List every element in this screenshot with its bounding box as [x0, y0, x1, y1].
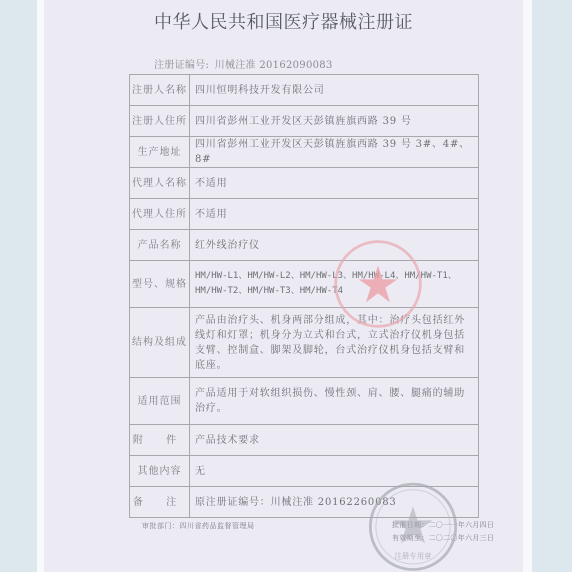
seal-bottom-text: 注册专用章 [394, 550, 432, 560]
row-label: 注册人名称 [130, 75, 190, 106]
registration-number-label: 注册证编号: [154, 60, 209, 71]
row-value: 原注册证编号：川械注准 20162260083 [190, 487, 479, 518]
page-frame-left [37, 0, 44, 572]
table-row-structure: 结构及组成 产品由治疗头、机身两部分组成，其中：治疗头包括红外线灯和灯罩；机身分… [130, 308, 479, 378]
table-row-production-address: 生产地址 四川省彭州工业开发区天彭镇旌旗西路 39 号 3#、4#、8# [130, 137, 479, 168]
row-value: 四川省彭州工业开发区天彭镇旌旗西路 39 号 [190, 106, 479, 137]
valid-until-date: 有效期至：二〇二〇年六月三日 [392, 532, 494, 545]
row-label: 备 注 [130, 487, 190, 518]
approval-date: 批准日期：二〇一一年六月四日 [392, 519, 494, 532]
table-row-registrant-address: 注册人住所 四川省彭州工业开发区天彭镇旌旗西路 39 号 [130, 106, 479, 137]
certificate-page: 中华人民共和国医疗器械注册证 注册证编号: 川械注准 20162090083 注… [44, 0, 523, 572]
approval-department: 审批部门：四川省药品监督管理局 [142, 521, 255, 531]
row-label: 其他内容 [130, 456, 190, 487]
row-value: 产品适用于对软组织损伤、慢性颈、肩、腰、腿痛的辅助治疗。 [190, 378, 479, 425]
row-value: 产品由治疗头、机身两部分组成，其中：治疗头包括红外线灯和灯罩；机身分为立式和台式… [190, 308, 479, 378]
row-value: HM/HW-L1、HM/HW-L2、HM/HW-L3、HM/HW-L4、HM/H… [190, 261, 479, 308]
row-label: 代理人住所 [130, 199, 190, 230]
certificate-table: 注册人名称 四川恒明科技开发有限公司 注册人住所 四川省彭州工业开发区天彭镇旌旗… [129, 74, 479, 518]
table-row-agent-name: 代理人名称 不适用 [130, 168, 479, 199]
row-value: 四川省彭州工业开发区天彭镇旌旗西路 39 号 3#、4#、8# [190, 137, 479, 168]
approval-dates: 批准日期：二〇一一年六月四日 有效期至：二〇二〇年六月三日 [392, 519, 494, 545]
row-label: 注册人住所 [130, 106, 190, 137]
row-label: 代理人名称 [130, 168, 190, 199]
table-row-attachment: 附 件 产品技术要求 [130, 425, 479, 456]
row-label: 附 件 [130, 425, 190, 456]
registration-number-value: 川械注准 20162090083 [215, 60, 333, 71]
row-label: 结构及组成 [130, 308, 190, 378]
row-value: 产品技术要求 [190, 425, 479, 456]
row-label: 适用范围 [130, 378, 190, 425]
row-value: 无 [190, 456, 479, 487]
row-label: 产品名称 [130, 230, 190, 261]
table-row-other: 其他内容 无 [130, 456, 479, 487]
row-value: 不适用 [190, 199, 479, 230]
table-row-product-name: 产品名称 红外线治疗仪 [130, 230, 479, 261]
row-value: 四川恒明科技开发有限公司 [190, 75, 479, 106]
row-label: 型号、规格 [130, 261, 190, 308]
table-row-agent-address: 代理人住所 不适用 [130, 199, 479, 230]
registration-number: 注册证编号: 川械注准 20162090083 [154, 56, 333, 71]
row-value: 红外线治疗仪 [190, 230, 479, 261]
row-label: 生产地址 [130, 137, 190, 168]
page-frame-right [523, 0, 532, 572]
table-row-model-spec: 型号、规格 HM/HW-L1、HM/HW-L2、HM/HW-L3、HM/HW-L… [130, 261, 479, 308]
certificate-title: 中华人民共和国医疗器械注册证 [44, 8, 523, 34]
row-value: 不适用 [190, 168, 479, 199]
table-row-registrant-name: 注册人名称 四川恒明科技开发有限公司 [130, 75, 479, 106]
table-row-scope: 适用范围 产品适用于对软组织损伤、慢性颈、肩、腰、腿痛的辅助治疗。 [130, 378, 479, 425]
table-row-remarks: 备 注 原注册证编号：川械注准 20162260083 [130, 487, 479, 518]
